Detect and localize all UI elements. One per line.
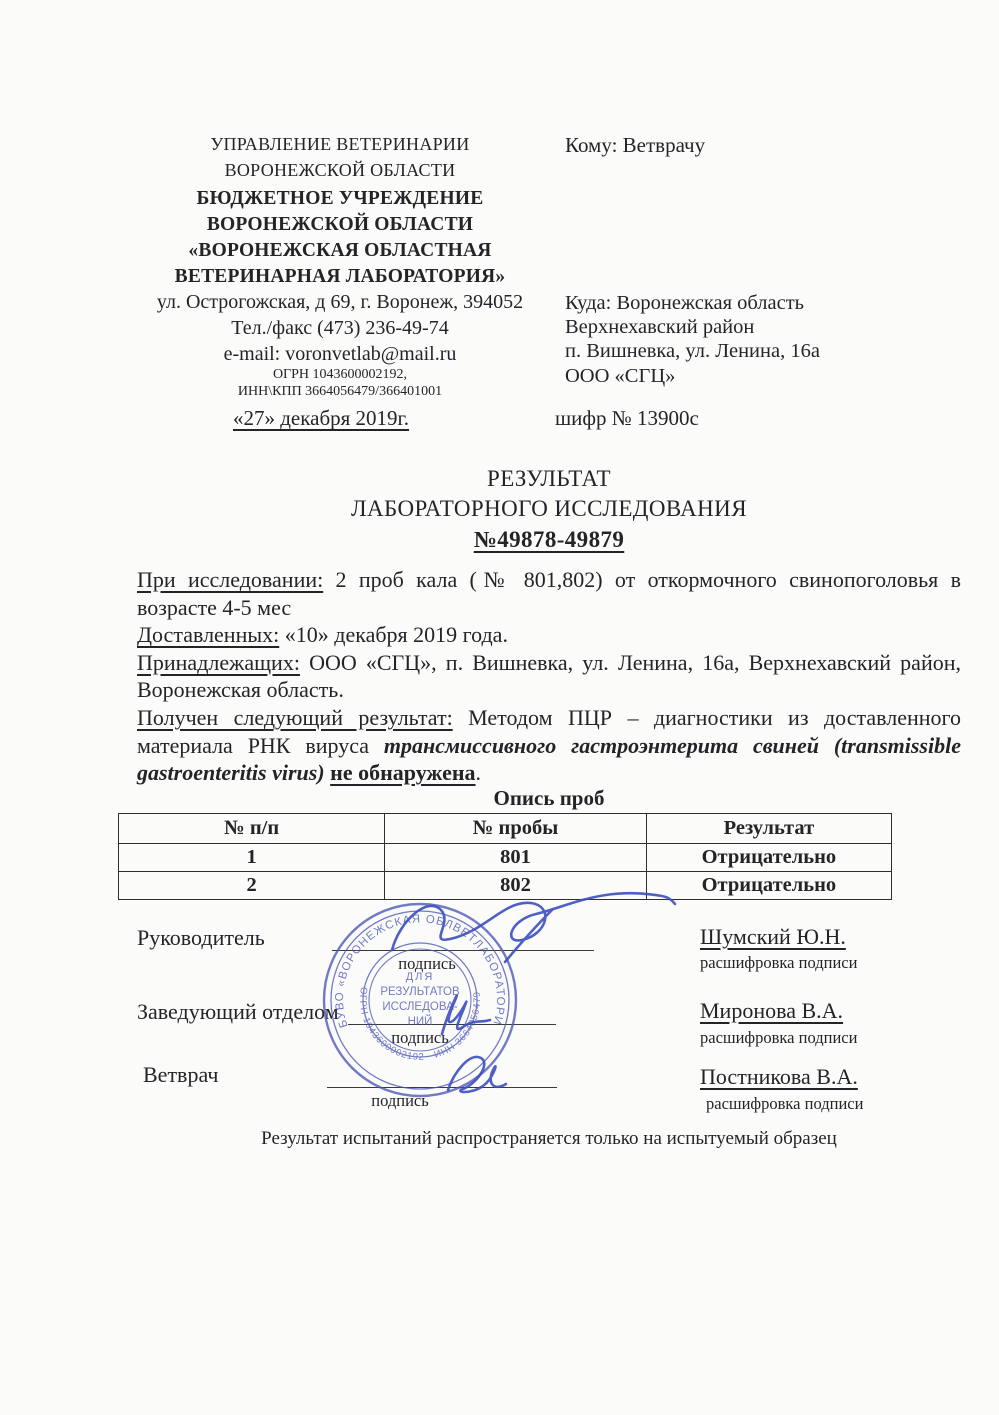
document-page: УПРАВЛЕНИЕ ВЕТЕРИНАРИИ ВОРОНЕЖСКОЙ ОБЛАС… [0,0,999,1415]
label-result: Получен следующий результат: [137,705,453,730]
table-row: 2 802 Отрицательно [119,872,892,900]
sender-address-block: ул. Острогожская, д 69, г. Воронеж, 3940… [120,289,560,400]
sender-inn-kpp: ИНН\КПП 3664056479/366401001 [120,384,560,401]
sender-phone: Тел./факс (473) 236-49-74 [120,315,560,341]
signature-caption-head-of-department: подпись [350,1028,490,1048]
sender-authority-block: УПРАВЛЕНИЕ ВЕТЕРИНАРИИ ВОРОНЕЖСКОЙ ОБЛАС… [150,131,530,183]
stamp-outer-circle [324,904,516,1096]
title-line-2: ЛАБОРАТОРНОГО ИССЛЕДОВАНИЯ [137,494,961,524]
authority-line-2: ВОРОНЕЖСКОЙ ОБЛАСТИ [150,157,530,183]
paragraph-examination: При исследовании: 2 проб кала (№ 801,802… [137,566,961,621]
pen-strokes [392,893,675,1092]
recipient-street: п. Вишневка, ул. Ленина, 16а [565,339,820,363]
signature-role-director: Руководитель [137,925,265,951]
org-line-1: БЮДЖЕТНОЕ УЧРЕЖДЕНИЕ [140,186,540,212]
title-line-1: РЕЗУЛЬТАТ [137,464,961,494]
recipient-to: Кому: Ветврачу [565,133,705,158]
signature-name-caption-veterinarian: расшифровка подписи [706,1094,863,1114]
sender-ogrn: ОГРН 1043600002192, [120,367,560,384]
paragraph-result: Получен следующий результат: Методом ПЦР… [137,704,961,787]
org-line-3: «ВОРОНЕЖСКАЯ ОБЛАСТНАЯ [140,238,540,264]
cell-sample-801: 801 [385,844,647,872]
text-not-detected: не обнаружена [330,760,475,785]
org-line-2: ВОРОНЕЖСКОЙ ОБЛАСТИ [140,212,540,238]
signature-role-head-of-department: Заведующий отделом [137,999,339,1025]
cell-result-802: Отрицательно [646,872,891,900]
signature-name-veterinarian: Постникова В.А. [700,1064,858,1090]
text-delivered: «10» декабря 2019 года. [279,622,508,647]
authority-line-1: УПРАВЛЕНИЕ ВЕТЕРИНАРИИ [150,131,530,157]
body-text-block: При исследовании: 2 проб кала (№ 801,802… [137,566,961,787]
cell-sample-802: 802 [385,872,647,900]
recipient-company: ООО «СГЦ» [565,364,820,388]
signature-line-director [332,950,594,951]
stamp-center-line-2: РЕЗУЛЬТАТОВ [380,986,460,998]
recipient-address-block: Куда: Воронежская область Верхнехавский … [565,291,820,388]
stamp-second-circle [331,911,509,1089]
document-date: «27» декабря 2019г. [233,406,409,431]
document-title-block: РЕЗУЛЬТАТ ЛАБОРАТОРНОГО ИССЛЕДОВАНИЯ №49… [137,464,961,555]
signature-caption-director: подпись [352,954,502,974]
signature-name-caption-director: расшифровка подписи [700,953,857,973]
samples-table: № п/п № пробы Результат 1 801 Отрицатель… [118,813,892,900]
sender-email: e-mail: voronvetlab@mail.ru [120,341,560,367]
table-title: Опись проб [137,786,961,811]
stamp-center-line-3: ИССЛЕДОВА- [382,1001,457,1013]
signature-role-veterinarian: Ветврач [143,1062,218,1088]
recipient-district: Верхнехавский район [565,315,820,339]
signature-name-director: Шумский Ю.Н. [700,924,846,950]
org-line-4: ВЕТЕРИНАРНАЯ ЛАБОРАТОРИЯ» [140,264,540,290]
director-signature-stroke [392,893,675,950]
stamp-center-line-4: НИЙ [408,1015,433,1028]
label-examination: При исследовании: [137,567,323,592]
text-result-period: . [476,760,482,785]
signature-name-head-of-department: Миронова В.А. [700,998,843,1024]
footer-note: Результат испытаний распространяется тол… [137,1128,961,1150]
signature-caption-veterinarian: подпись [330,1091,470,1111]
cipher-number: шифр № 13900с [555,406,699,431]
table-row: 1 801 Отрицательно [119,844,892,872]
cell-index-1: 1 [119,844,385,872]
header-result: Результат [646,814,891,844]
paragraph-delivered: Доставленных: «10» декабря 2019 года. [137,621,961,649]
director-signature-flick [505,910,552,962]
sender-street-address: ул. Острогожская, д 69, г. Воронеж, 3940… [120,289,560,315]
label-owner: Принадлежащих: [137,650,300,675]
header-sample-number: № пробы [385,814,647,844]
signature-name-caption-head-of-department: расшифровка подписи [700,1028,857,1048]
label-delivered: Доставленных: [137,622,279,647]
cell-result-801: Отрицательно [646,844,891,872]
cell-index-2: 2 [119,872,385,900]
paragraph-owner: Принадлежащих: ООО «СГЦ», п. Вишневка, у… [137,649,961,704]
title-number: №49878-49879 [137,525,961,555]
recipient-region: Куда: Воронежская область [565,291,820,315]
header-sample-index: № п/п [119,814,385,844]
signature-line-head-of-department [348,1024,556,1025]
organization-name-block: БЮДЖЕТНОЕ УЧРЕЖДЕНИЕ ВОРОНЕЖСКОЙ ОБЛАСТИ… [140,186,540,290]
table-header-row: № п/п № пробы Результат [119,814,892,844]
round-stamp: БУВО «ВОРОНЕЖСКАЯ ОБЛВЕТЛАБОРАТОРИЯ» ОГР… [300,876,516,1096]
signature-line-veterinarian [327,1087,557,1088]
